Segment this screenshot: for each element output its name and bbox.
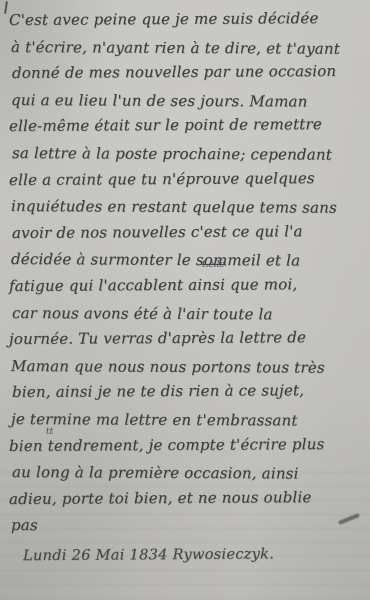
letter-line: adieu, porte toi bien, et ne nous oublie — [9, 484, 366, 513]
letter-line: fatigue qui l'accablent ainsi que moi, — [9, 271, 366, 300]
letter-line: journée. Tu verras d'après la lettre de — [9, 324, 366, 353]
letter-page: C'est avec peine que je me suis décidée … — [0, 0, 370, 600]
letter-line: avoir de nos nouvelles c'est ce qui l'a — [9, 218, 366, 247]
letter-body: C'est avec peine que je me suis décidée … — [9, 7, 366, 568]
letter-line: bien tendrement, je compte t'écrire plus — [9, 430, 366, 459]
letter-line: pas — [9, 512, 366, 540]
letter-line: je termine ma lettre en t'embrassant — [9, 406, 366, 434]
interlinear-correction: t.elle — [202, 260, 225, 270]
letter-line: elle a craint que tu n'éprouve quelques — [9, 164, 366, 193]
letter-line: elle-même était sur le point de remettre — [9, 111, 366, 140]
ink-flourish-top-left — [4, 1, 8, 14]
letter-line: donné de mes nouvelles par une occasion — [9, 58, 366, 87]
interlinear-correction: tt — [46, 427, 53, 437]
letter-line: bien, ainsi je ne te dis rien à ce sujet… — [9, 377, 366, 406]
letter-dateline: Lundi 26 Mai 1834 Rywosieczyk. — [9, 541, 366, 569]
letter-line: C'est avec peine que je me suis décidée — [9, 5, 366, 34]
